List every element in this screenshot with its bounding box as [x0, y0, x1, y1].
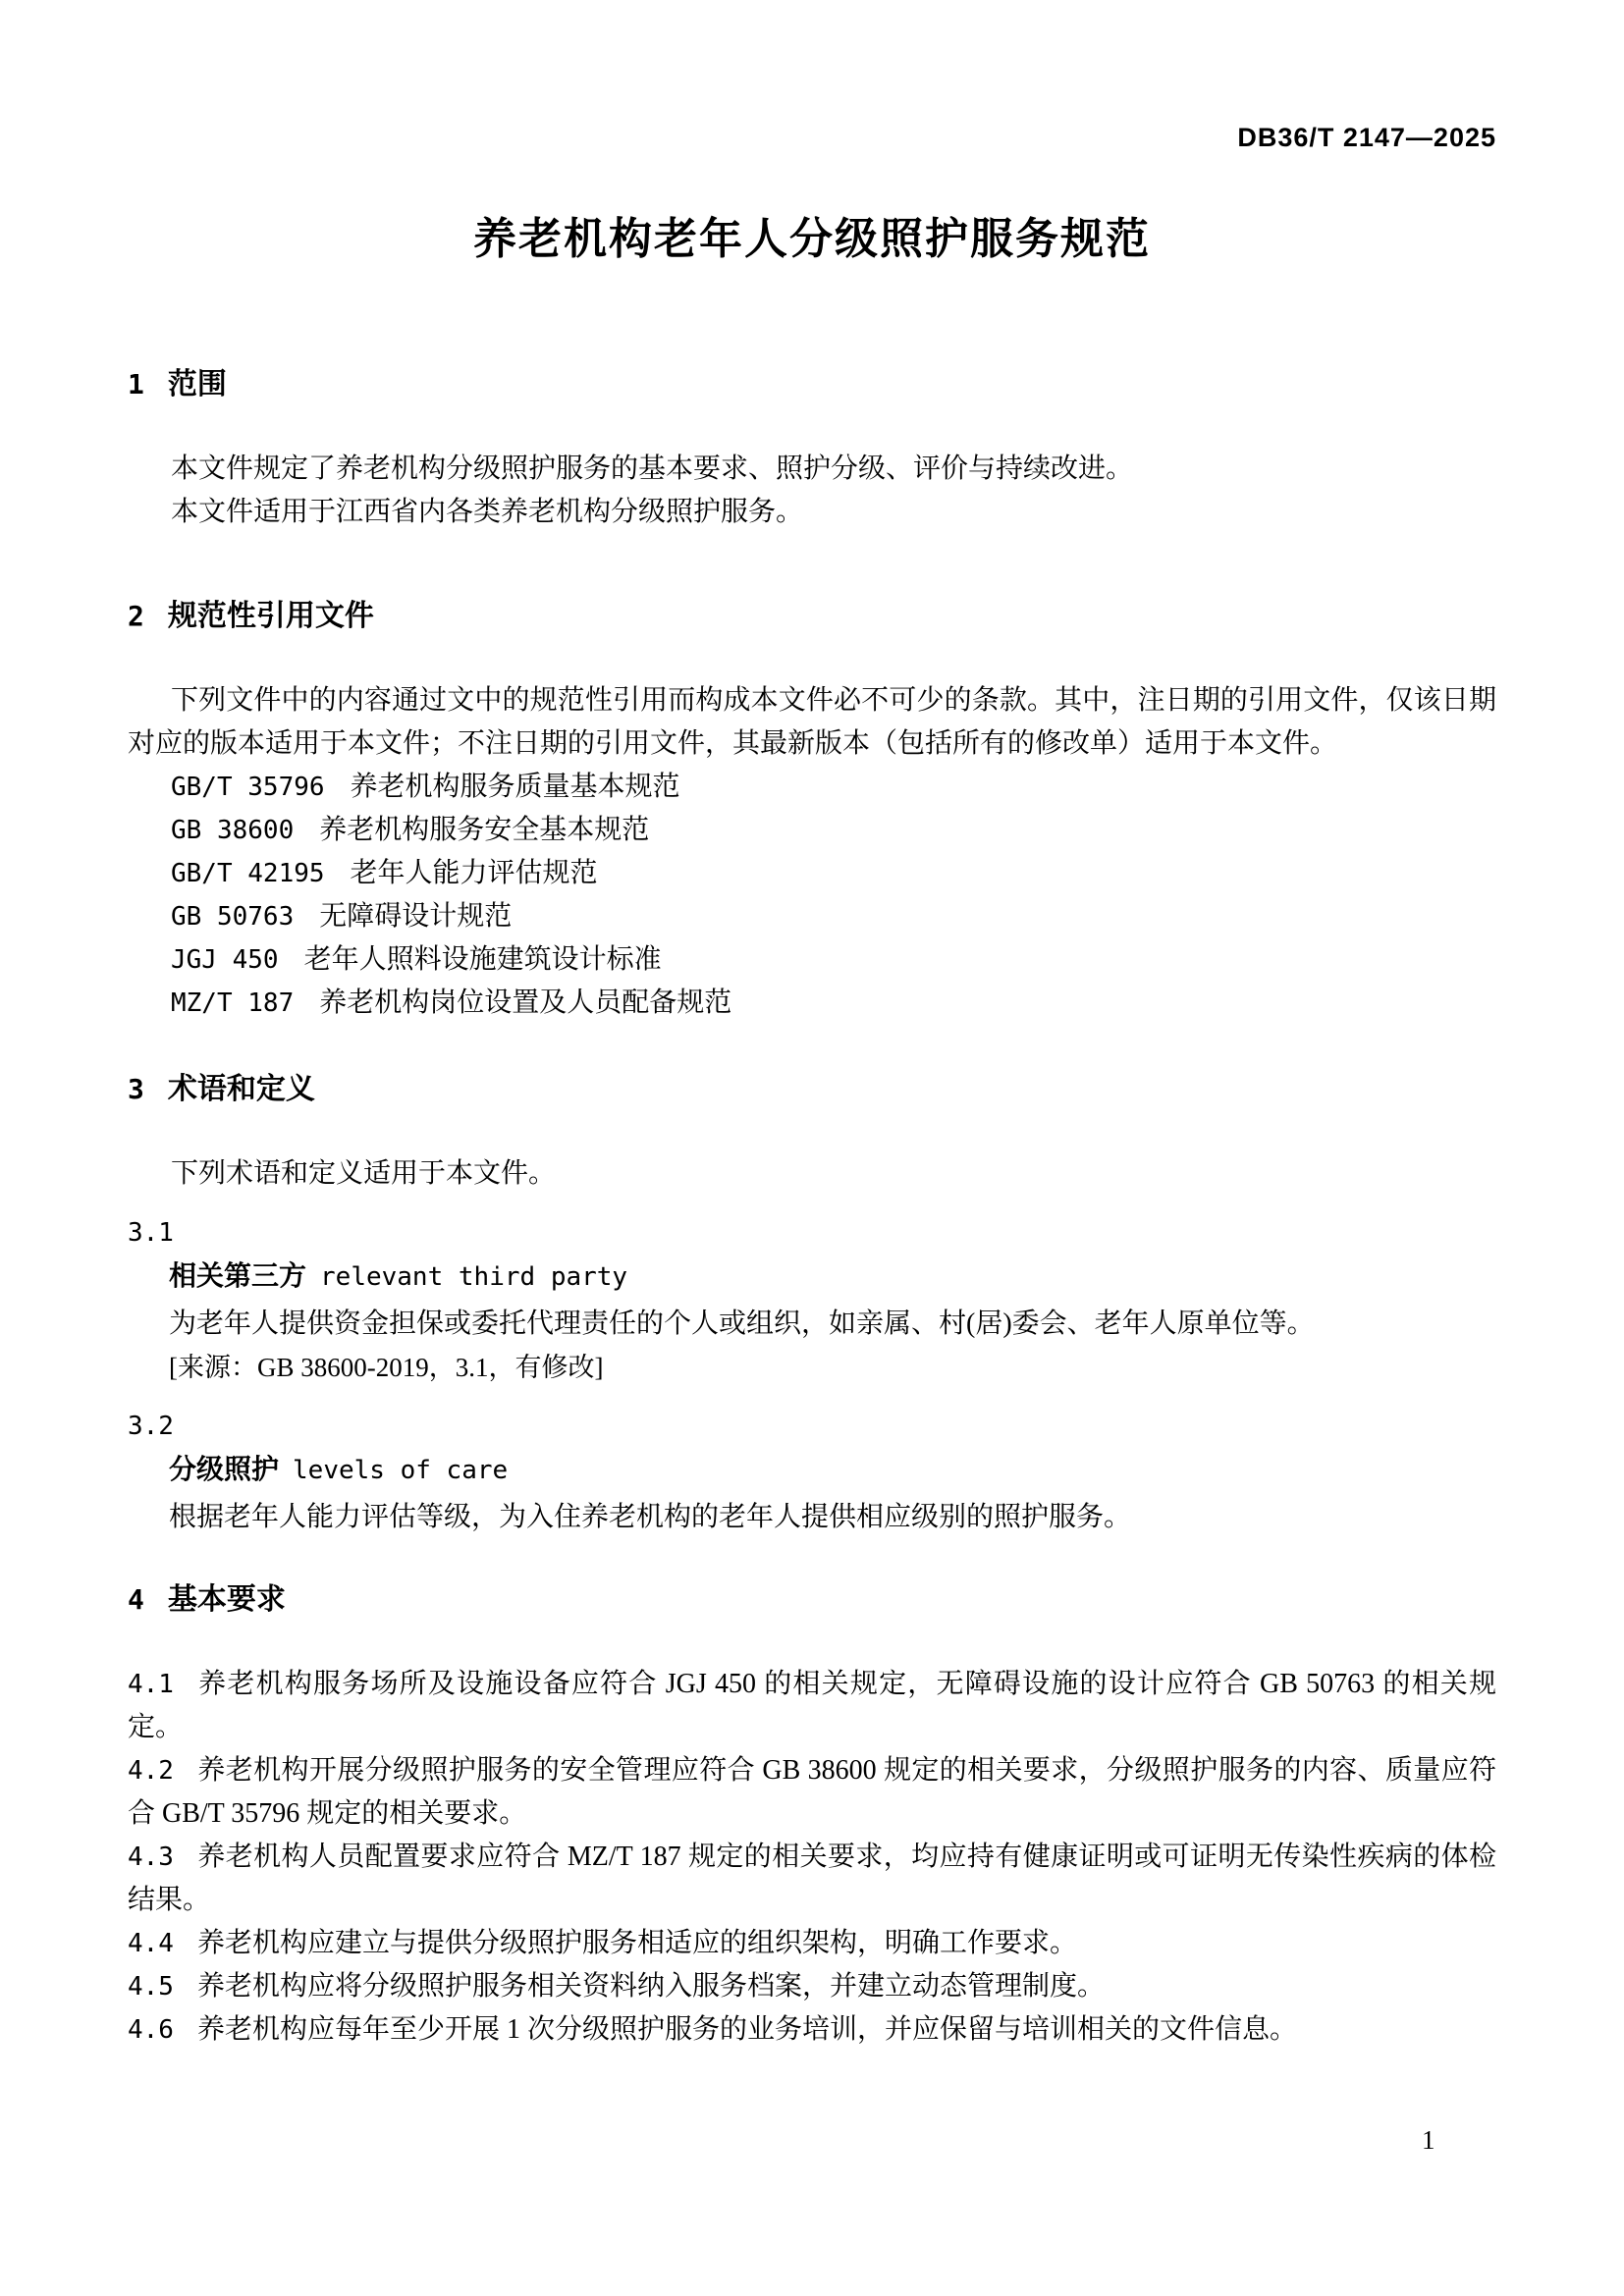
reference-code: GB/T 35796 [171, 773, 325, 802]
requirement-clause: 4.3养老机构人员配置要求应符合 MZ/T 187 规定的相关要求，均应持有健康… [128, 1836, 1496, 1922]
section-title: 术语和定义 [168, 1073, 315, 1105]
reference-title: 养老机构服务安全基本规范 [319, 815, 649, 845]
clause-text: 养老机构应将分级照护服务相关资料纳入服务档案，并建立动态管理制度。 [197, 1971, 1105, 2002]
requirement-clause: 4.5养老机构应将分级照护服务相关资料纳入服务档案，并建立动态管理制度。 [128, 1965, 1496, 2008]
section-title: 规范性引用文件 [168, 600, 374, 632]
reference-title: 无障碍设计规范 [319, 901, 512, 932]
reference-title: 养老机构岗位设置及人员配备规范 [319, 988, 731, 1018]
page-number: 1 [1422, 2118, 1435, 2162]
term-block: 分级照护levels of care 根据老年人能力评估等级，为入住养老机构的老… [169, 1448, 1496, 1539]
reference-code: GB/T 42195 [171, 859, 325, 888]
term-number: 3.1 [128, 1211, 1496, 1255]
reference-title: 老年人能力评估规范 [351, 858, 598, 888]
clause-number: 4.5 [128, 1972, 174, 2002]
reference-code: MZ/T 187 [171, 988, 294, 1018]
clause-number: 4.1 [128, 1670, 174, 1699]
term-entry: 3.2 分级照护levels of care 根据老年人能力评估等级，为入住养老… [128, 1405, 1496, 1539]
term-line: 相关第三方relevant third party [169, 1255, 1496, 1303]
clause-number: 4.4 [128, 1929, 174, 1958]
reference-item: GB 38600养老机构服务安全基本规范 [171, 809, 1496, 852]
reference-code: GB 38600 [171, 816, 294, 845]
section-heading-basic-requirements: 4基本要求 [128, 1578, 1496, 1622]
section-number: 4 [128, 1583, 144, 1616]
section-number: 1 [128, 368, 144, 400]
reference-list: GB/T 35796养老机构服务质量基本规范 GB 38600养老机构服务安全基… [171, 766, 1496, 1025]
reference-item: GB/T 42195老年人能力评估规范 [171, 852, 1496, 895]
reference-code: JGJ 450 [171, 945, 279, 975]
clause-text: 养老机构服务场所及设施设备应符合 JGJ 450 的相关规定，无障碍设施的设计应… [128, 1669, 1496, 1742]
term-block: 相关第三方relevant third party 为老年人提供资金担保或委托代… [169, 1255, 1496, 1389]
term-name-en: relevant third party [320, 1262, 627, 1292]
section-number: 2 [128, 600, 144, 632]
term-name-en: levels of care [293, 1456, 508, 1485]
requirement-clause: 4.4养老机构应建立与提供分级照护服务相适应的组织架构，明确工作要求。 [128, 1922, 1496, 1965]
section-heading-normative-references: 2规范性引用文件 [128, 595, 1496, 638]
clause-text: 养老机构人员配置要求应符合 MZ/T 187 规定的相关要求，均应持有健康证明或… [128, 1842, 1496, 1915]
reference-code: GB 50763 [171, 902, 294, 932]
requirement-clause: 4.1养老机构服务场所及设施设备应符合 JGJ 450 的相关规定，无障碍设施的… [128, 1663, 1496, 1749]
term-definition: 为老年人提供资金担保或委托代理责任的个人或组织，如亲属、村(居)委会、老年人原单… [169, 1303, 1496, 1346]
normative-references-intro: 下列文件中的内容通过文中的规范性引用而构成本文件必不可少的条款。其中，注日期的引… [128, 679, 1496, 766]
requirement-clause: 4.6养老机构应每年至少开展 1 次分级照护服务的业务培训，并应保留与培训相关的… [128, 2008, 1496, 2052]
reference-item: GB 50763无障碍设计规范 [171, 895, 1496, 938]
term-source: [来源：GB 38600-2019，3.1，有修改] [169, 1346, 1496, 1389]
clause-number: 4.2 [128, 1756, 174, 1786]
section-title: 基本要求 [168, 1583, 286, 1616]
section-title: 范围 [168, 368, 227, 400]
section-heading-scope: 1范围 [128, 363, 1496, 406]
term-name-zh: 分级照护 [169, 1454, 279, 1484]
clause-text: 养老机构开展分级照护服务的安全管理应符合 GB 38600 规定的相关要求，分级… [128, 1755, 1496, 1829]
terms-intro: 下列术语和定义适用于本文件。 [128, 1152, 1496, 1196]
clause-number: 4.6 [128, 2015, 174, 2045]
clause-text: 养老机构应每年至少开展 1 次分级照护服务的业务培训，并应保留与培训相关的文件信… [197, 2014, 1297, 2045]
clause-number: 4.3 [128, 1842, 174, 1872]
scope-paragraph: 本文件规定了养老机构分级照护服务的基本要求、照护分级、评价与持续改进。 [128, 448, 1496, 491]
document-page: DB36/T 2147—2025 养老机构老年人分级照护服务规范 1范围 本文件… [0, 0, 1624, 2296]
term-entry: 3.1 相关第三方relevant third party 为老年人提供资金担保… [128, 1211, 1496, 1389]
reference-item: JGJ 450老年人照料设施建筑设计标准 [171, 938, 1496, 982]
section-number: 3 [128, 1073, 144, 1105]
reference-title: 养老机构服务质量基本规范 [351, 772, 680, 802]
reference-item: GB/T 35796养老机构服务质量基本规范 [171, 766, 1496, 809]
document-title: 养老机构老年人分级照护服务规范 [128, 210, 1496, 269]
scope-paragraph: 本文件适用于江西省内各类养老机构分级照护服务。 [128, 491, 1496, 534]
reference-item: MZ/T 187养老机构岗位设置及人员配备规范 [171, 982, 1496, 1025]
term-number: 3.2 [128, 1405, 1496, 1448]
reference-title: 老年人照料设施建筑设计标准 [304, 944, 662, 975]
term-definition: 根据老年人能力评估等级，为入住养老机构的老年人提供相应级别的照护服务。 [169, 1496, 1496, 1539]
clause-text: 养老机构应建立与提供分级照护服务相适应的组织架构，明确工作要求。 [197, 1928, 1077, 1958]
standard-code: DB36/T 2147—2025 [128, 116, 1496, 159]
term-name-zh: 相关第三方 [169, 1260, 306, 1291]
requirement-clause: 4.2养老机构开展分级照护服务的安全管理应符合 GB 38600 规定的相关要求… [128, 1749, 1496, 1836]
section-heading-terms: 3术语和定义 [128, 1068, 1496, 1111]
term-line: 分级照护levels of care [169, 1448, 1496, 1496]
